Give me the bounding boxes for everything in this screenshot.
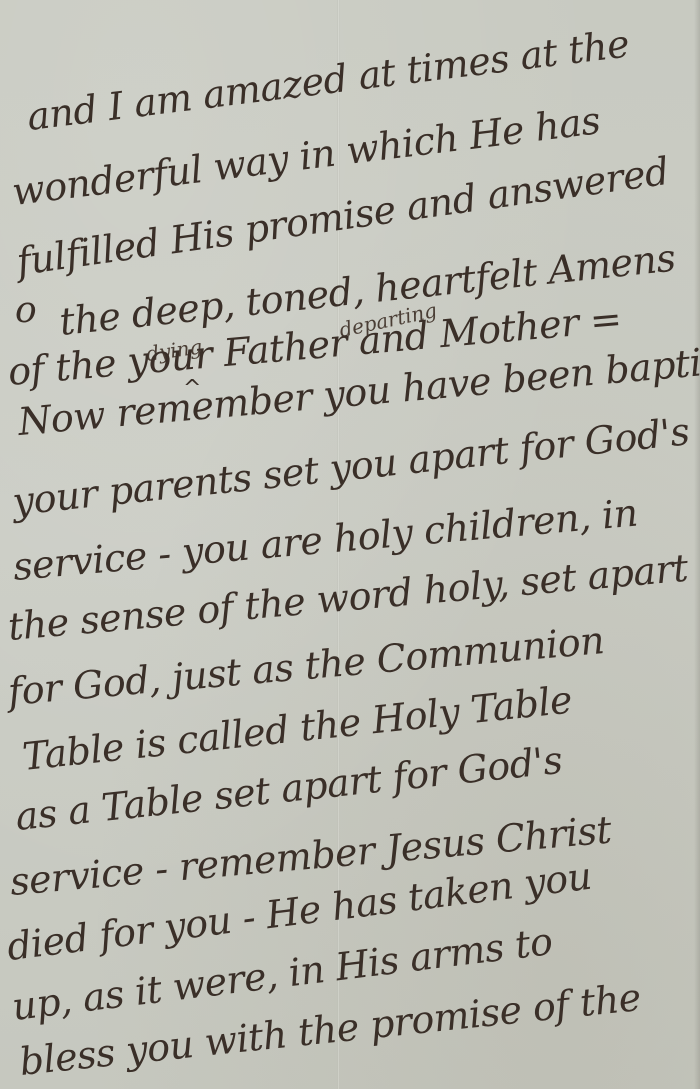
- margin-mark: o: [15, 290, 36, 331]
- paper-edge: [694, 0, 700, 1089]
- letter-page: and I am amazed at times at the wonderfu…: [0, 0, 700, 1089]
